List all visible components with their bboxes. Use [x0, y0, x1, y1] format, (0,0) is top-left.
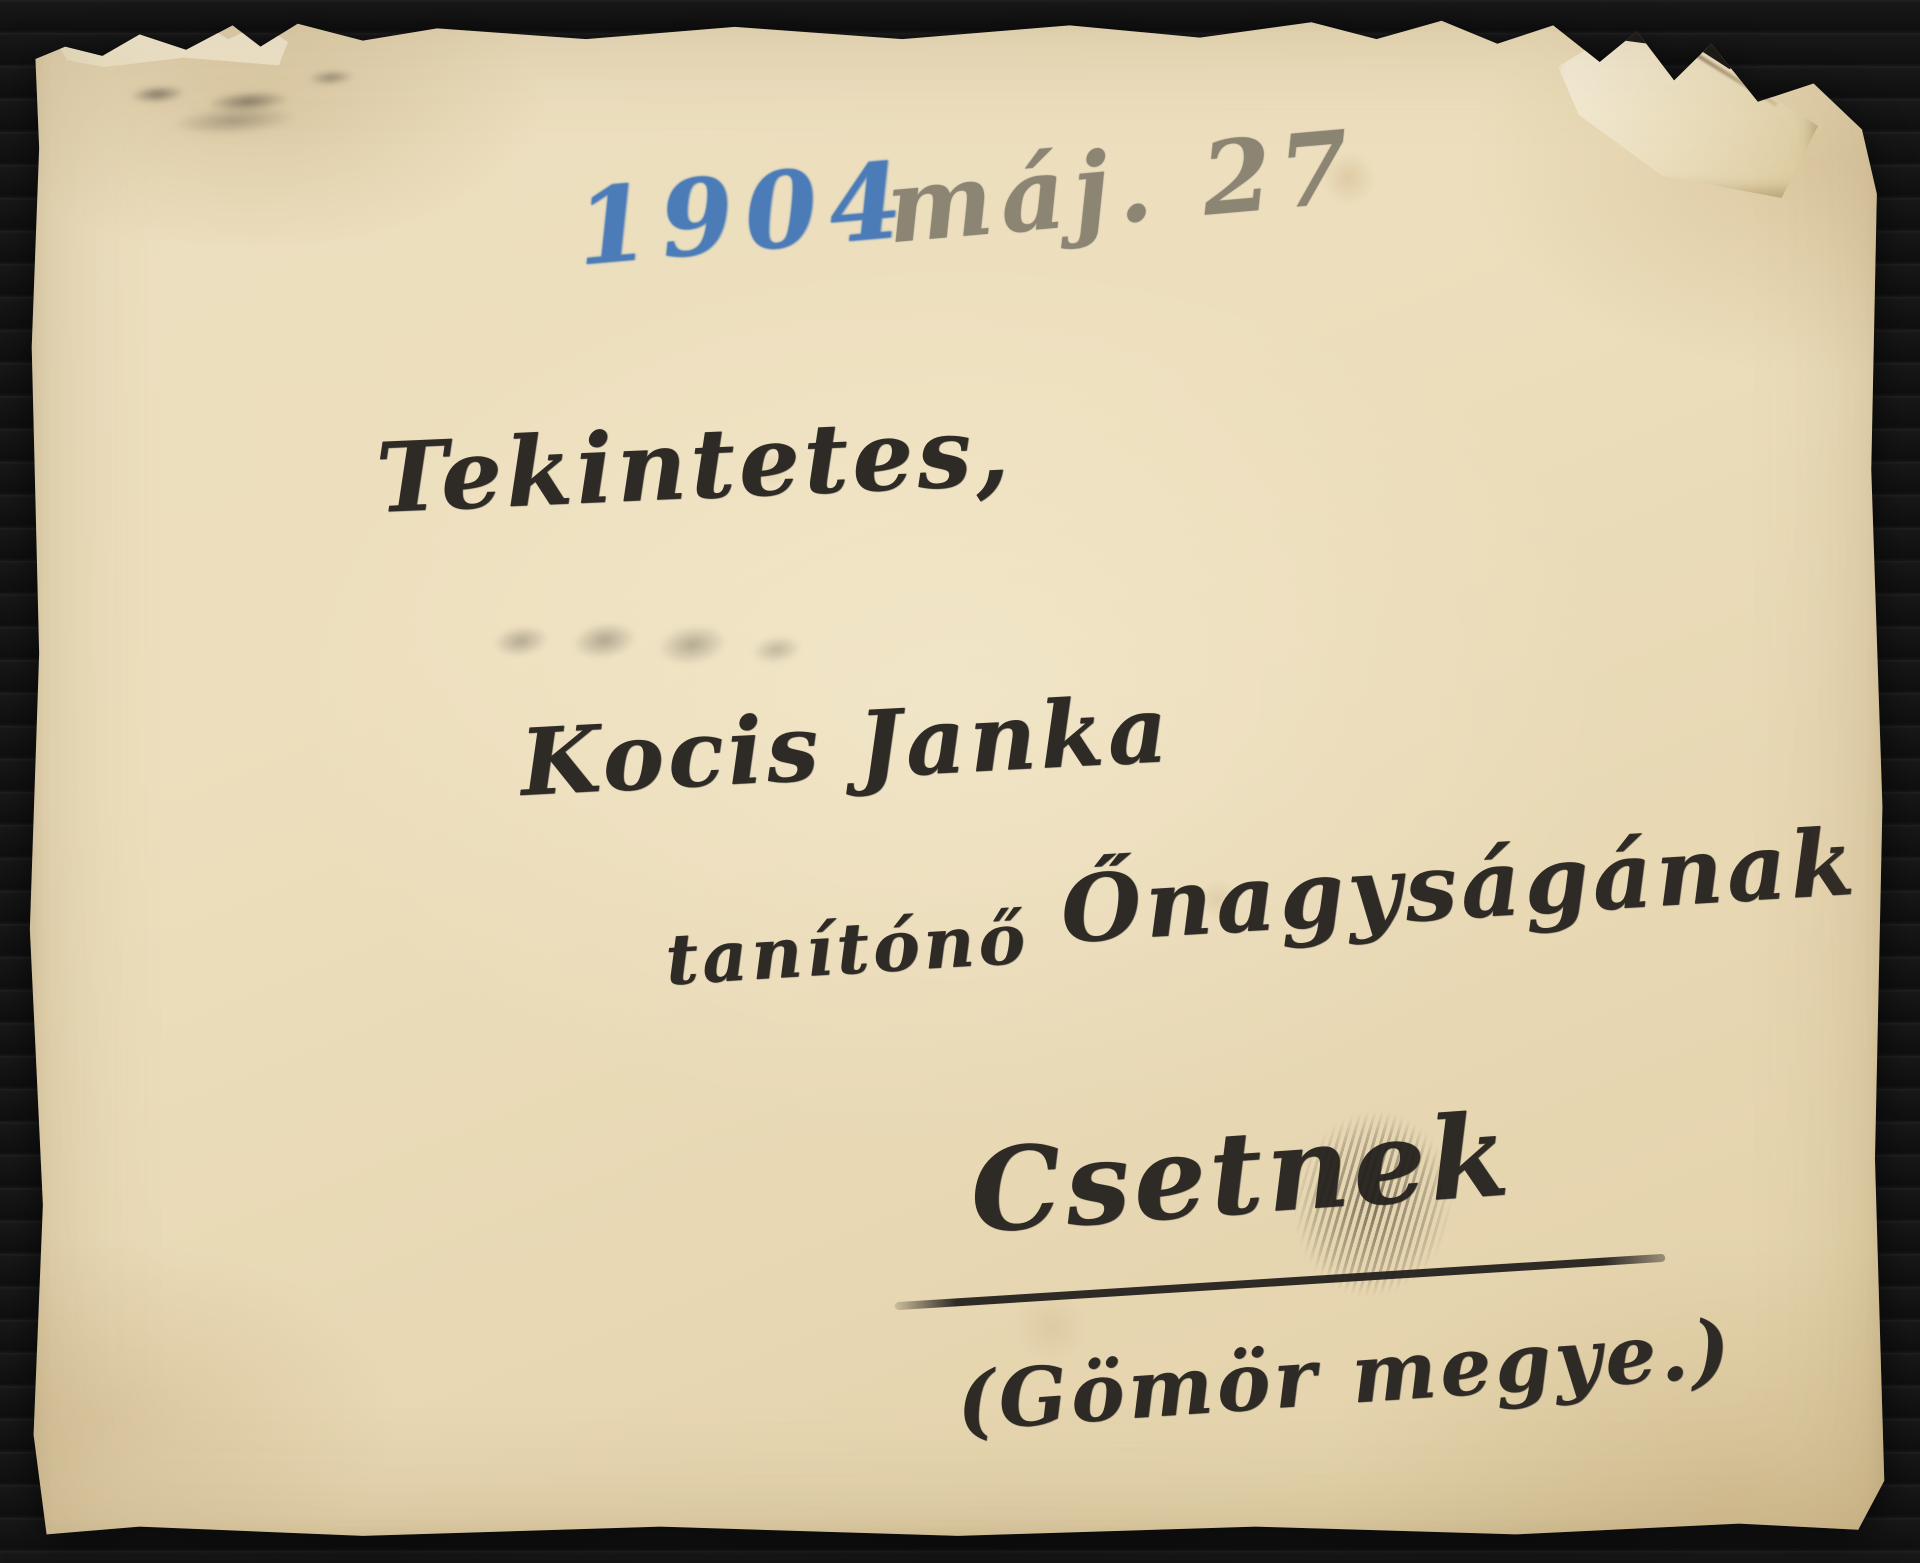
envelope-paper: 1904 máj. 27 Tekintetes, Kocis Janka tan… [28, 10, 1888, 1542]
date-annotation-pencil: máj. 27 [882, 108, 1362, 267]
torn-flap-top-right [1558, 38, 1818, 198]
envelope-photo: 1904 máj. 27 Tekintetes, Kocis Janka tan… [28, 10, 1888, 1542]
address-title-occupation: tanítónő [663, 896, 1031, 1001]
year-annotation-blue-crayon: 1904 [571, 138, 918, 290]
address-title-honorific: Őnagyságának [1058, 808, 1861, 965]
address-title-line: tanítónőŐnagyságának [662, 826, 1862, 1007]
address-honorific-line: Tekintetes, [374, 394, 1015, 535]
